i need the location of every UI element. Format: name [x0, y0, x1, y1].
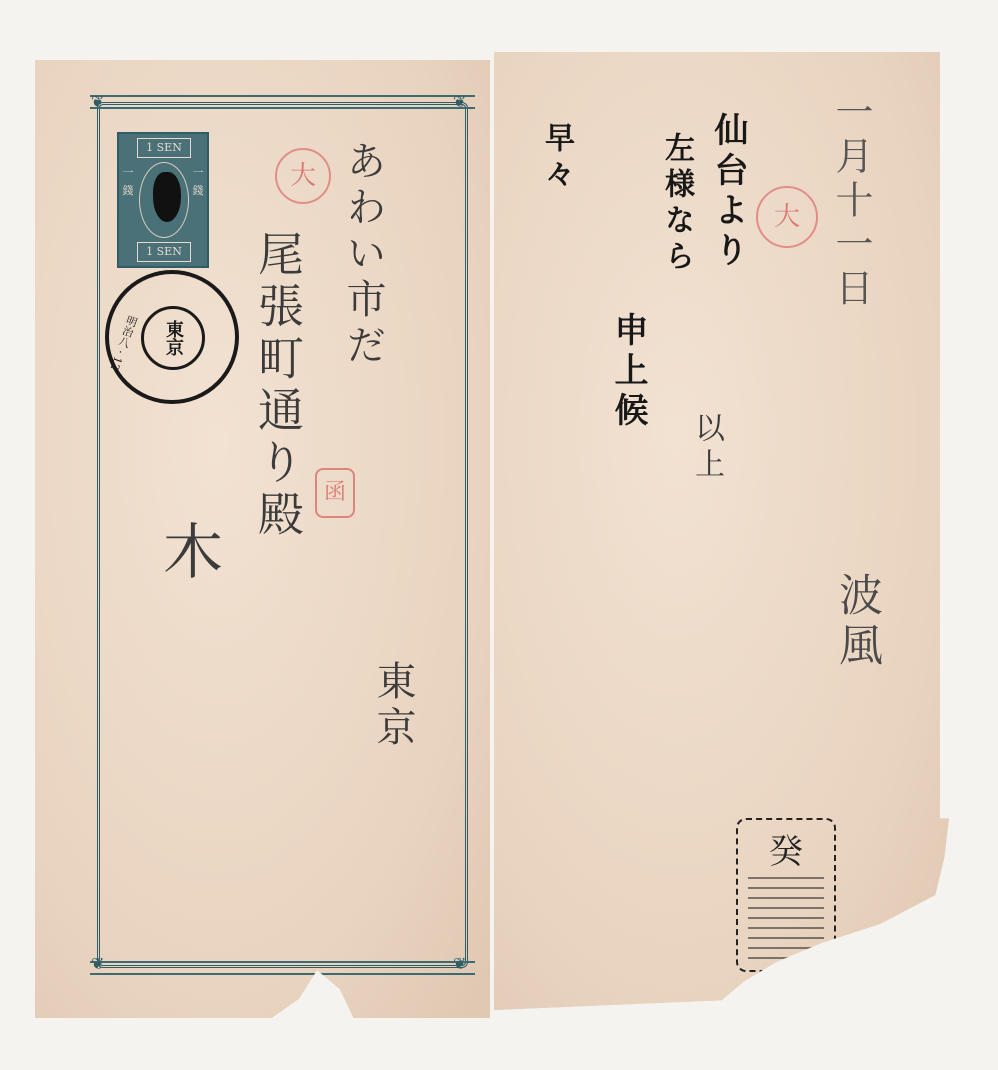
- stamp-side-left: 一錢: [122, 164, 134, 200]
- signature: 波風: [824, 572, 888, 672]
- stamp-denomination-bottom: 1 SEN: [137, 242, 191, 262]
- box-seal-stamp: 癸: [736, 818, 836, 972]
- stamp-side-right: 一錢: [192, 164, 204, 200]
- red-seal-square: 函: [315, 468, 355, 518]
- red-seal-circle: 大: [275, 148, 331, 204]
- postcard-front: ❦ ❦ ❦ ❦ 1 SEN 一錢 一錢 1 SEN 明治八 · 12 東京 大 …: [35, 60, 490, 1018]
- postcard-back: 大 一月十一日 仙台より 左様なら 申上候 早々 以上 波風 癸: [494, 52, 949, 1010]
- message-column: 早々: [534, 122, 578, 194]
- red-seal-circle: 大: [756, 186, 818, 248]
- frame-corner-ornament: ❦: [91, 92, 104, 111]
- address-line: 尾張町通り殿: [245, 230, 311, 542]
- cancel-blot: [153, 172, 181, 222]
- frame-corner-ornament: ❦: [453, 954, 466, 973]
- frame-corner-ornament: ❦: [453, 92, 466, 111]
- address-line: 木: [145, 520, 231, 586]
- address-line: あわい市だ: [335, 140, 392, 370]
- postmark-date: 明治八 · 12: [106, 313, 141, 373]
- postmark-city: 東京: [141, 306, 205, 370]
- address-line: 東京: [365, 660, 422, 752]
- message-column: 一月十一日: [824, 92, 879, 312]
- message-column: 左様なら: [654, 132, 698, 276]
- tokyo-postmark: 明治八 · 12 東京: [105, 270, 239, 404]
- frame-corner-ornament: ❦: [91, 954, 104, 973]
- message-column: 以上: [684, 412, 728, 484]
- imprinted-stamp: 1 SEN 一錢 一錢 1 SEN: [117, 132, 209, 268]
- box-seal-char: 癸: [738, 824, 834, 873]
- message-column: 仙台より: [704, 112, 753, 272]
- box-seal-pattern: [748, 877, 824, 967]
- stamp-denomination-top: 1 SEN: [137, 138, 191, 158]
- message-column: 申上候: [604, 312, 653, 432]
